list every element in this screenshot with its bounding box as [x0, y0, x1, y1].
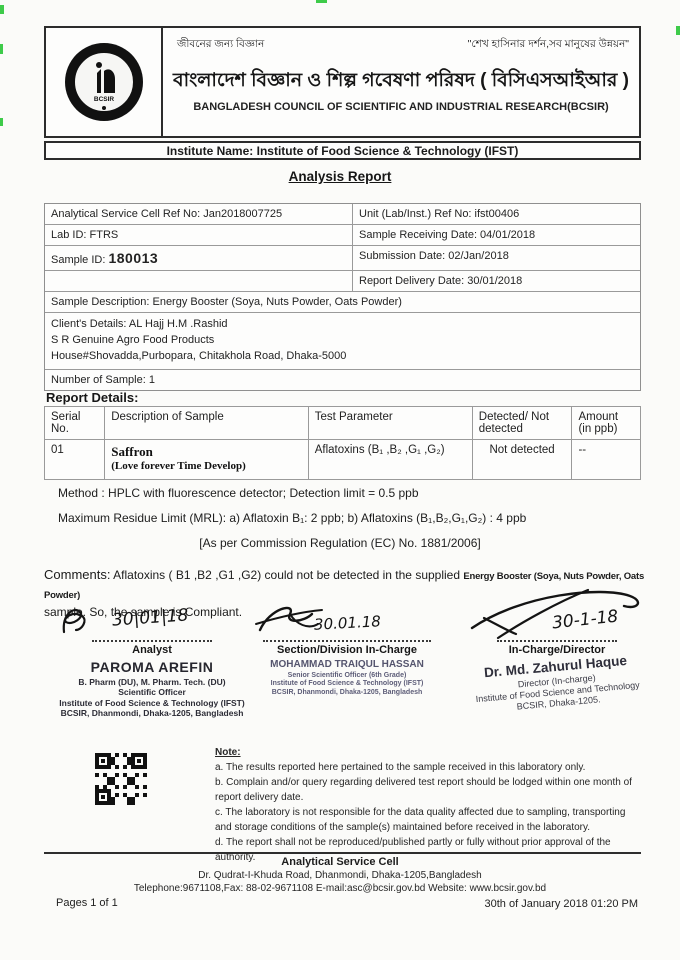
col-description: Description of Sample: [105, 407, 309, 440]
stamp-line: Institute of Food Science & Technology (…: [252, 680, 442, 689]
director-stamp: Dr. Md. Zahurul Haque Director (In-charg…: [460, 651, 654, 718]
signature-date: 30|01|18: [111, 605, 189, 630]
col-test-parameter: Test Parameter: [308, 407, 472, 440]
signature-area: 30.01.18: [252, 600, 442, 640]
table-row: Analytical Service Cell Ref No: Jan20180…: [45, 204, 640, 225]
scan-artifact: [676, 26, 680, 35]
signature-role: Analyst: [52, 644, 252, 656]
org-name-english: BANGLADESH COUNCIL OF SCIENTIFIC AND IND…: [163, 101, 639, 113]
signature-block-analyst: 30|01|18 Analyst PAROMA AREFIN B. Pharm …: [52, 600, 252, 719]
client-line: Client's Details: AL Hajj H.M .Rashid: [51, 317, 346, 333]
col-serial-no: Serial No.: [45, 407, 105, 440]
signature-block-section-in-charge: 30.01.18 Section/Division In-Charge MOHA…: [252, 600, 442, 698]
stamp-line: B. Pharm (DU), M. Pharm. Tech. (DU): [52, 677, 252, 688]
client-line: House#Shovadda,Purbopara, Chitakhola Roa…: [51, 349, 346, 365]
footer-divider: [44, 852, 641, 854]
amount-cell: --: [572, 440, 641, 480]
delivery-date-cell: Report Delivery Date: 30/01/2018: [353, 271, 640, 291]
sample-info-table: Analytical Service Cell Ref No: Jan20180…: [44, 203, 641, 391]
table-row: Number of Sample: 1: [45, 370, 640, 390]
asc-ref-cell: Analytical Service Cell Ref No: Jan20180…: [45, 204, 353, 224]
signature-line: [497, 640, 617, 642]
report-details-table: Serial No. Description of Sample Test Pa…: [44, 406, 641, 480]
number-of-sample-cell: Number of Sample: 1: [45, 370, 161, 390]
stamp-line: BCSIR, Dhanmondi, Dhaka-1205, Bangladesh: [52, 708, 252, 719]
motto-row: জীবনের জন্য বিজ্ঞান "শেখ হাসিনার দর্শন,স…: [163, 28, 639, 54]
table-row: Report Delivery Date: 30/01/2018: [45, 271, 640, 292]
bcsir-logo: BCSIR: [46, 28, 163, 136]
client-details-cell: Client's Details: AL Hajj H.M .Rashid S …: [45, 313, 352, 369]
footer-address: Dr. Qudrat-I-Khuda Road, Dhanmondi, Dhak…: [0, 870, 680, 881]
stamp-line: BCSIR, Dhanmondi, Dhaka-1205, Bangladesh: [252, 689, 442, 698]
table-header-row: Serial No. Description of Sample Test Pa…: [45, 407, 641, 440]
page-indicator: Pages 1 of 1: [56, 897, 118, 909]
signature-role: Section/Division In-Charge: [252, 644, 442, 656]
scan-artifact: [316, 0, 327, 3]
receiving-date-cell: Sample Receiving Date: 04/01/2018: [353, 225, 640, 245]
scan-artifact: [0, 5, 4, 14]
sample-id-cell: Sample ID: 180013: [45, 246, 353, 270]
stamp-name: MOHAMMAD TRAIQUL HASSAN: [252, 659, 442, 672]
note-item: c. The laboratory is not responsible for…: [215, 805, 643, 835]
sample-description-cell: Sample Description: Energy Booster (Soya…: [45, 292, 408, 312]
footer-contact: Telephone:9671108,Fax: 88-02-9671108 E-m…: [0, 883, 680, 894]
signature-line: [263, 640, 431, 642]
description-cell: Saffron (Love forever Time Develop): [105, 440, 309, 480]
scan-artifact: [0, 118, 3, 126]
table-row: Sample Description: Energy Booster (Soya…: [45, 292, 640, 313]
signature-area: 30-1-18: [462, 588, 652, 640]
note-item: a. The results reported here pertained t…: [215, 760, 643, 775]
sample-name: Saffron: [111, 444, 302, 460]
regulation-line: [As per Commission Regulation (EC) No. 1…: [0, 536, 680, 550]
table-row: Sample ID: 180013 Submission Date: 02/Ja…: [45, 246, 640, 271]
motto-right: "শেখ হাসিনার দর্শন,সব মানুষের উন্নয়ন": [468, 37, 629, 54]
sample-subtitle: (Love forever Time Develop): [111, 460, 302, 472]
report-details-heading: Report Details:: [46, 390, 138, 405]
mrl-line: Maximum Residue Limit (MRL): a) Aflatoxi…: [58, 511, 526, 525]
letterhead: BCSIR জীবনের জন্য বিজ্ঞান "শেখ হাসিনার দ…: [44, 26, 641, 138]
org-name-bengali: বাংলাদেশ বিজ্ঞান ও শিল্প গবেষণা পরিষদ ( …: [163, 66, 639, 98]
lab-id-cell: Lab ID: FTRS: [45, 225, 353, 245]
comments-label: Comments:: [44, 567, 110, 582]
client-line: S R Genuine Agro Food Products: [51, 333, 346, 349]
footer-org: Analytical Service Cell: [0, 856, 680, 868]
signature-block-director: 30-1-18 In-Charge/Director Dr. Md. Zahur…: [462, 588, 652, 710]
method-line: Method : HPLC with fluorescence detector…: [58, 486, 419, 500]
qr-code-icon: [95, 753, 151, 809]
detected-cell: Not detected: [472, 440, 572, 480]
signature-area: 30|01|18: [52, 600, 252, 640]
section-in-charge-stamp: MOHAMMAD TRAIQUL HASSAN Senior Scientifi…: [252, 659, 442, 698]
comments-text: Aflatoxins ( B1 ,B2 ,G1 ,G2) could not b…: [113, 568, 460, 582]
notes-section: Note: a. The results reported here perta…: [215, 745, 643, 865]
test-parameter-cell: Aflatoxins (B₁ ,B₂ ,G₁ ,G₂): [308, 440, 472, 480]
institute-name-bar: Institute Name: Institute of Food Scienc…: [44, 141, 641, 160]
motto-left: জীবনের জন্য বিজ্ঞান: [177, 37, 264, 54]
stamp-line: Senior Scientific Officer (6th Grade): [252, 672, 442, 681]
scan-artifact: [0, 44, 3, 54]
empty-cell: [45, 271, 353, 291]
col-amount: Amount (in ppb): [572, 407, 641, 440]
notes-heading: Note:: [215, 745, 643, 760]
bcsir-seal-icon: BCSIR: [63, 41, 145, 123]
stamp-name: PAROMA AREFIN: [52, 659, 252, 677]
sample-id-label: Sample ID:: [51, 254, 105, 266]
sample-id-value: 180013: [108, 250, 158, 266]
analyst-stamp: PAROMA AREFIN B. Pharm (DU), M. Pharm. T…: [52, 659, 252, 719]
stamp-line: Scientific Officer: [52, 687, 252, 698]
table-row: Client's Details: AL Hajj H.M .Rashid S …: [45, 313, 640, 370]
unit-ref-cell: Unit (Lab/Inst.) Ref No: ifst00406: [353, 204, 640, 224]
serial-cell: 01: [45, 440, 105, 480]
analysis-report-page: BCSIR জীবনের জন্য বিজ্ঞান "শেখ হাসিনার দ…: [0, 0, 680, 960]
signature-date: 30.01.18: [314, 612, 382, 633]
stamp-line: Institute of Food Science & Technology (…: [52, 698, 252, 709]
table-row: Lab ID: FTRS Sample Receiving Date: 04/0…: [45, 225, 640, 246]
svg-text:BCSIR: BCSIR: [93, 96, 114, 103]
signature-line: [92, 640, 212, 642]
col-detected: Detected/ Not detected: [472, 407, 572, 440]
table-row: 01 Saffron (Love forever Time Develop) A…: [45, 440, 641, 480]
letterhead-text: জীবনের জন্য বিজ্ঞান "শেখ হাসিনার দর্শন,স…: [163, 28, 639, 136]
footer-datetime: 30th of January 2018 01:20 PM: [468, 897, 638, 912]
note-item: b. Complain and/or query regarding deliv…: [215, 775, 643, 805]
report-title: Analysis Report: [0, 169, 680, 184]
submission-date-cell: Submission Date: 02/Jan/2018: [353, 246, 640, 270]
